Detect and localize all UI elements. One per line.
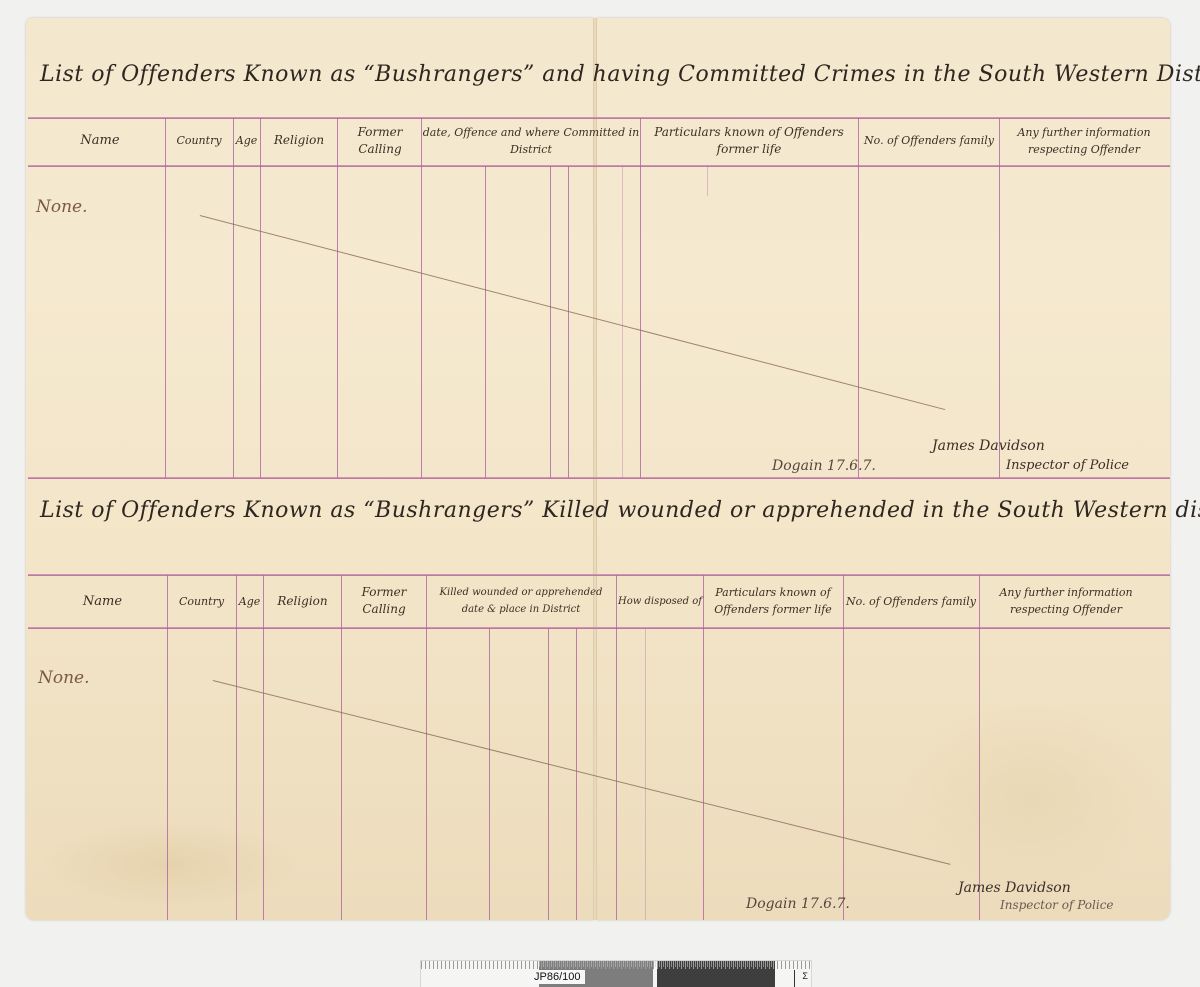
column-rule (337, 118, 338, 478)
column-rule (489, 628, 490, 920)
col-header-name: Name (40, 132, 160, 149)
section2-entry-none: None. (38, 668, 90, 688)
column-rule (426, 575, 427, 920)
column-rule (233, 118, 234, 478)
column-rule (645, 628, 646, 920)
section1-title: List of Offenders Known as “Bushrangers”… (40, 62, 1200, 87)
column-rule (485, 166, 486, 478)
col-header-family: No. of Offenders family (859, 132, 999, 149)
section2-title: List of Offenders Known as “Bushrangers”… (40, 498, 1200, 523)
column-rule (616, 575, 617, 920)
col-header-country: Country (168, 593, 235, 610)
column-rule (167, 575, 168, 920)
column-rule (550, 166, 551, 478)
col-header-former-calling: Former Calling (343, 584, 425, 618)
ruler-reference-label: JP86/100 (529, 970, 585, 984)
column-rule (548, 628, 549, 920)
section1-signature-name: James Davidson (932, 438, 1045, 454)
col-header-further-info: Any further information respecting Offen… (981, 584, 1151, 618)
column-rule (999, 118, 1000, 478)
column-rule (703, 575, 704, 920)
col-header-country: Country (166, 132, 232, 149)
archive-scale-ruler: JP86/100 Σ (420, 960, 812, 987)
column-rule (568, 166, 569, 478)
ruler-mark (794, 970, 795, 987)
col-header-family: No. of Offenders family (844, 593, 978, 610)
section1-date: Dogain 17.6.7. (772, 458, 876, 474)
col-header-age: Age (233, 132, 260, 149)
column-rule (421, 118, 422, 478)
col-header-former-calling: Former Calling (340, 124, 420, 158)
section2-header-bottom-rule (28, 627, 1170, 629)
ruler-symbol-icon: Σ (802, 971, 808, 981)
column-rule (979, 575, 980, 920)
col-header-disposed: How disposed of (617, 593, 703, 610)
column-rule (640, 118, 641, 478)
column-rule (263, 575, 264, 920)
col-header-particulars: Particulars known of Offenders former li… (642, 124, 856, 158)
column-rule (165, 118, 166, 478)
col-header-name: Name (40, 593, 165, 610)
col-header-age: Age (236, 593, 263, 610)
column-rule (260, 118, 261, 478)
col-header-religion: Religion (261, 132, 337, 149)
column-rule (843, 575, 844, 920)
section2-date: Dogain 17.6.7. (746, 896, 850, 912)
section2-signature-title: Inspector of Police (1000, 898, 1114, 912)
column-rule (341, 575, 342, 920)
column-rule (576, 628, 577, 920)
column-rule (622, 166, 623, 478)
section2-signature-name: James Davidson (958, 880, 1071, 896)
section2-header-top-rule (28, 574, 1170, 576)
column-rule (707, 166, 708, 196)
column-rule (236, 575, 237, 920)
col-header-killed-wounded: Killed wounded or apprehended date & pla… (427, 584, 615, 618)
column-rule (858, 118, 859, 478)
col-header-particulars: Particulars known of Offenders former li… (704, 584, 842, 618)
col-header-offence: date, Offence and where Committed in Dis… (422, 124, 640, 158)
col-header-religion: Religion (264, 593, 341, 610)
col-header-further-info: Any further information respecting Offen… (1000, 124, 1168, 158)
section1-entry-none: None. (36, 197, 88, 217)
ruler-ticks (539, 961, 775, 967)
section1-signature-title: Inspector of Police (1006, 458, 1129, 473)
